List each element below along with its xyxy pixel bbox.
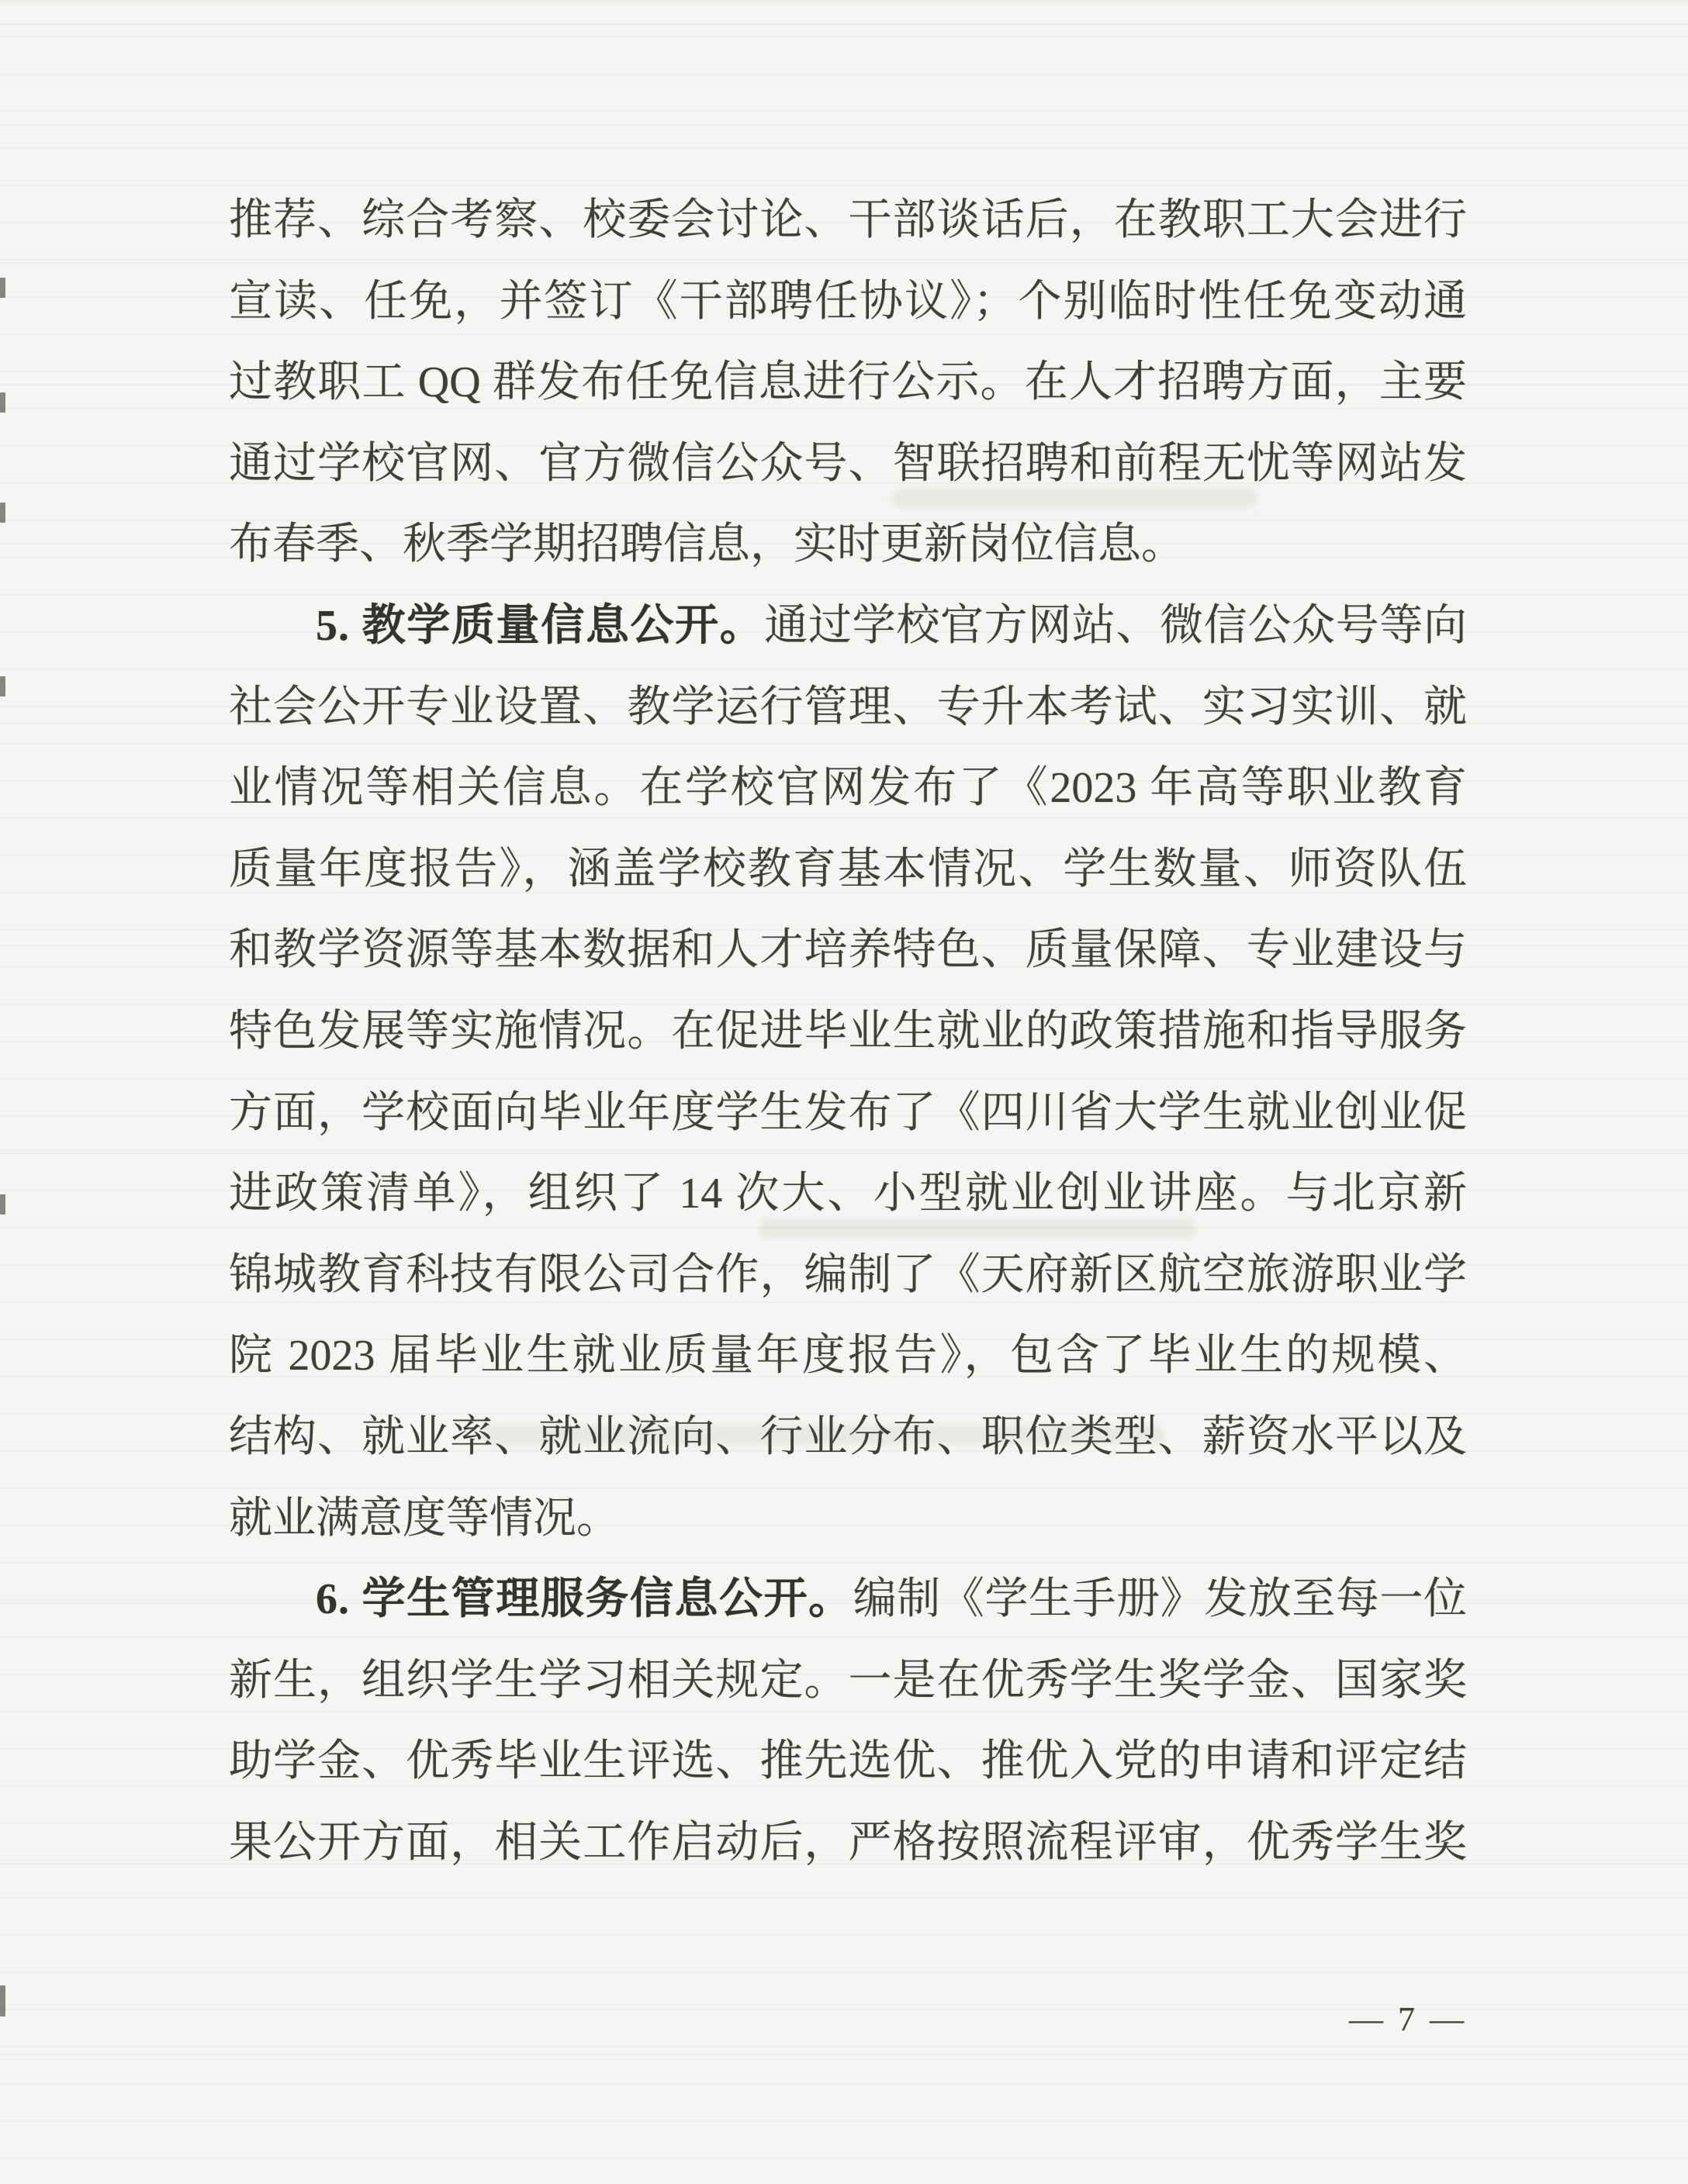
body-text-run: 质量年度报告》，涵盖学校教育基本情况、学生数量、师资队伍 bbox=[229, 845, 1467, 893]
document-page: 推荐、综合考察、校委会讨论、干部谈话后，在教职工大会进行宣读、任免，并签订《干部… bbox=[0, 0, 1688, 2184]
body-text-run: 布春季、秋季学期招聘信息，实时更新岗位信息。 bbox=[229, 520, 1185, 568]
page-number: — 7 — bbox=[1319, 1999, 1497, 2039]
text-line: 推荐、综合考察、校委会讨论、干部谈话后，在教职工大会进行 bbox=[229, 180, 1467, 261]
document-body: 推荐、综合考察、校委会讨论、干部谈话后，在教职工大会进行宣读、任免，并签订《干部… bbox=[229, 180, 1467, 1883]
body-text-run: 通过学校官方网站、微信公众号等向 bbox=[764, 602, 1467, 650]
text-line: 新生，组织学生学习相关规定。一是在优秀学生奖学金、国家奖 bbox=[229, 1640, 1467, 1722]
text-line: 通过学校官网、官方微信公众号、智联招聘和前程无忧等网站发 bbox=[229, 423, 1467, 505]
text-line: 果公开方面，相关工作启动后，严格按照流程评审，优秀学生奖 bbox=[229, 1802, 1467, 1884]
body-text-run: 助学金、优秀毕业生评选、推先选优、推优入党的申请和评定结 bbox=[229, 1737, 1467, 1785]
body-text-run: 特色发展等实施情况。在促进毕业生就业的政策措施和指导服务 bbox=[229, 1007, 1467, 1056]
text-line: 6. 学生管理服务信息公开。编制《学生手册》发放至每一位 bbox=[229, 1559, 1467, 1640]
body-text-run: 新生，组织学生学习相关规定。一是在优秀学生奖学金、国家奖 bbox=[229, 1657, 1467, 1705]
section-heading-run: 6. 学生管理服务信息公开。 bbox=[316, 1575, 853, 1623]
body-text-run: 宣读、任免，并签订《干部聘任协议》；个别临时性任免变动通 bbox=[229, 278, 1467, 326]
section-heading-run: 5. 教学质量信息公开。 bbox=[316, 602, 764, 650]
body-text-run: 和教学资源等基本数据和人才培养特色、质量保障、专业建设与 bbox=[229, 926, 1467, 974]
scan-edge-speck bbox=[0, 676, 5, 696]
body-text-run: 社会公开专业设置、教学运行管理、专升本考试、实习实训、就 bbox=[229, 683, 1467, 731]
scan-edge-speck bbox=[0, 1985, 5, 2016]
body-text-run: 推荐、综合考察、校委会讨论、干部谈话后，在教职工大会进行 bbox=[229, 196, 1467, 244]
text-line: 社会公开专业设置、教学运行管理、专升本考试、实习实训、就 bbox=[229, 667, 1467, 748]
body-text-run: 方面，学校面向毕业年度学生发布了《四川省大学生就业创业促 bbox=[229, 1089, 1467, 1137]
scan-artifact-line bbox=[0, 23, 1688, 25]
scan-artifact-line bbox=[0, 74, 1688, 76]
scan-edge-speck bbox=[0, 1194, 5, 1215]
scan-edge-speck bbox=[0, 392, 5, 413]
text-line: 布春季、秋季学期招聘信息，实时更新岗位信息。 bbox=[229, 504, 1467, 586]
body-text-run: 锦城教育科技有限公司合作，编制了《天府新区航空旅游职业学 bbox=[229, 1251, 1467, 1299]
body-text-run: 通过学校官网、官方微信公众号、智联招聘和前程无忧等网站发 bbox=[229, 440, 1467, 488]
body-text-run: 业情况等相关信息。在学校官网发布了《2023 年高等职业教育 bbox=[229, 764, 1467, 812]
text-line: 特色发展等实施情况。在促进毕业生就业的政策措施和指导服务 bbox=[229, 991, 1467, 1073]
scan-artifact-line bbox=[0, 124, 1688, 126]
body-text-run: 编制《学生手册》发放至每一位 bbox=[853, 1575, 1467, 1623]
text-line: 就业满意度等情况。 bbox=[229, 1478, 1467, 1560]
text-line: 结构、就业率、就业流向、行业分布、职位类型、薪资水平以及 bbox=[229, 1397, 1467, 1478]
body-text-run: 果公开方面，相关工作启动后，严格按照流程评审，优秀学生奖 bbox=[229, 1819, 1467, 1867]
text-line: 过教职工 QQ 群发布任免信息进行公示。在人才招聘方面，主要 bbox=[229, 342, 1467, 423]
scan-artifact-line bbox=[0, 2054, 1688, 2055]
body-text-run: 就业满意度等情况。 bbox=[229, 1495, 620, 1543]
text-line: 业情况等相关信息。在学校官网发布了《2023 年高等职业教育 bbox=[229, 748, 1467, 829]
body-text-run: 过教职工 QQ 群发布任免信息进行公示。在人才招聘方面，主要 bbox=[229, 358, 1467, 406]
text-line: 宣读、任免，并签订《干部聘任协议》；个别临时性任免变动通 bbox=[229, 261, 1467, 343]
text-line: 进政策清单》，组织了 14 次大、小型就业创业讲座。与北京新 bbox=[229, 1153, 1467, 1235]
scan-edge-speck bbox=[0, 503, 5, 523]
text-line: 和教学资源等基本数据和人才培养特色、质量保障、专业建设与 bbox=[229, 910, 1467, 991]
text-line: 质量年度报告》，涵盖学校教育基本情况、学生数量、师资队伍 bbox=[229, 829, 1467, 911]
body-text-run: 结构、就业率、就业流向、行业分布、职位类型、薪资水平以及 bbox=[229, 1413, 1467, 1461]
text-line: 锦城教育科技有限公司合作，编制了《天府新区航空旅游职业学 bbox=[229, 1235, 1467, 1316]
text-line: 方面，学校面向毕业年度学生发布了《四川省大学生就业创业促 bbox=[229, 1073, 1467, 1154]
scan-edge-speck bbox=[0, 278, 5, 298]
body-text-run: 进政策清单》，组织了 14 次大、小型就业创业讲座。与北京新 bbox=[229, 1170, 1467, 1218]
text-line: 院 2023 届毕业生就业质量年度报告》，包含了毕业生的规模、 bbox=[229, 1315, 1467, 1397]
body-text-run: 院 2023 届毕业生就业质量年度报告》，包含了毕业生的规模、 bbox=[229, 1332, 1467, 1380]
text-line: 5. 教学质量信息公开。通过学校官方网站、微信公众号等向 bbox=[229, 586, 1467, 667]
text-line: 助学金、优秀毕业生评选、推先选优、推优入党的申请和评定结 bbox=[229, 1721, 1467, 1802]
